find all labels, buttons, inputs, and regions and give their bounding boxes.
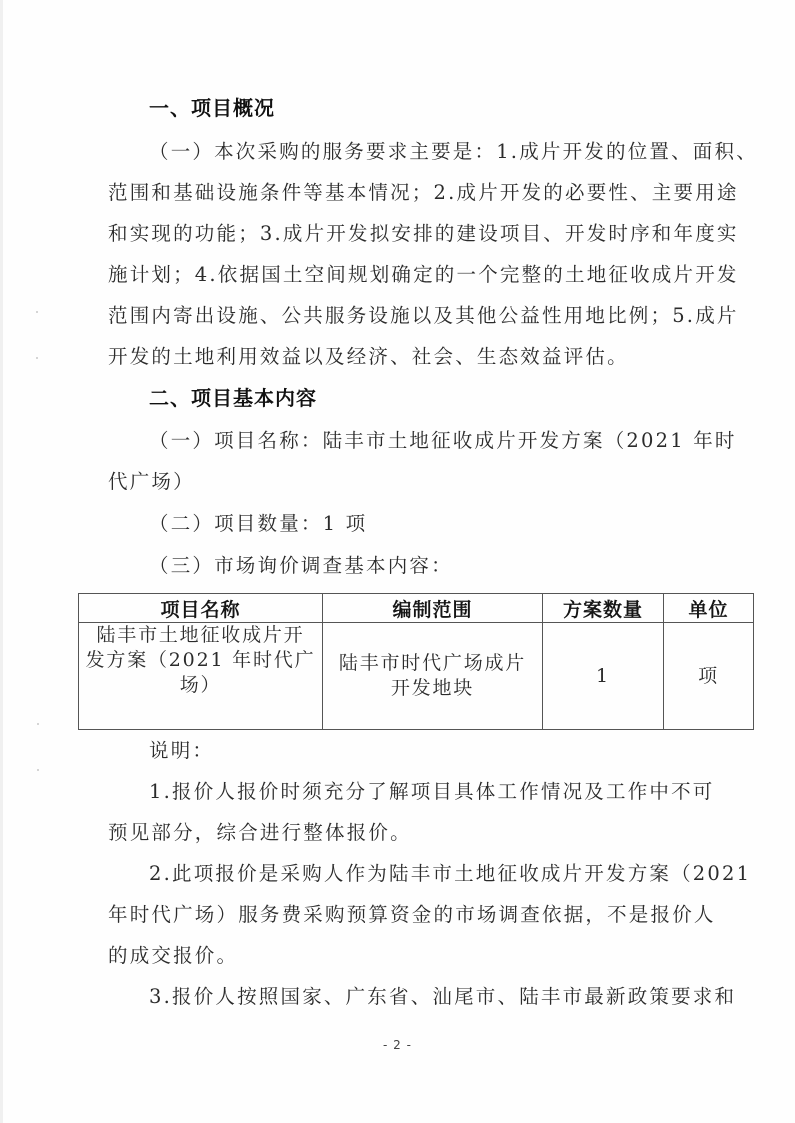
document-page: 一、项目概况 （一）本次采购的服务要求主要是：1.成片开发的位置、面积、 范围和…	[0, 0, 795, 1123]
table-row: 陆丰市土地征收成片开 发方案（2021 年时代广 场） 陆丰市时代广场成片 开发…	[79, 623, 754, 730]
scan-speck	[36, 311, 38, 313]
scan-speck	[37, 769, 39, 771]
section-2-heading: 二、项目基本内容	[149, 386, 317, 410]
cell-line: 场）	[79, 673, 322, 698]
project-name-line: （一）项目名称：陆丰市土地征收成片开发方案（2021 年时	[149, 429, 737, 453]
note-2-line: 年时代广场）服务费采购预算资金的市场调查依据，不是报价人	[108, 903, 716, 927]
cell-line: 陆丰市土地征收成片开	[79, 623, 322, 648]
header-scope: 编制范围	[323, 594, 543, 623]
cell-line: 发方案（2021 年时代广	[79, 648, 322, 673]
section-1-heading: 一、项目概况	[149, 96, 275, 120]
section-1-line: 开发的土地利用效益以及经济、社会、生态效益评估。	[108, 345, 629, 369]
section-1-line: 范围和基础设施条件等基本情况；2.成片开发的必要性、主要用途	[108, 181, 739, 205]
cell-line: 开发地块	[323, 676, 542, 701]
cell-scope: 陆丰市时代广场成片 开发地块	[323, 623, 543, 730]
note-3-line: 3.报价人按照国家、广东省、汕尾市、陆丰市最新政策要求和	[149, 985, 736, 1009]
note-2-line: 2.此项报价是采购人作为陆丰市土地征收成片开发方案（2021	[149, 862, 751, 886]
scan-speck	[37, 723, 39, 725]
cell-quantity: 1	[543, 623, 664, 730]
project-name-line: 代广场）	[108, 470, 195, 494]
scan-speck	[36, 357, 38, 359]
scan-edge	[0, 0, 3, 1123]
page-number: - 2 -	[0, 1038, 795, 1052]
survey-table: 项目名称 编制范围 方案数量 单位 陆丰市土地征收成片开 发方案（2021 年时…	[78, 593, 754, 730]
section-1-line: 范围内寄出设施、公共服务设施以及其他公益性用地比例；5.成片	[108, 304, 739, 328]
header-unit: 单位	[664, 594, 754, 623]
notes-title: 说明：	[149, 739, 214, 763]
note-1-line: 预见部分，综合进行整体报价。	[108, 821, 412, 845]
market-survey-line: （三）市场询价调查基本内容：	[149, 554, 453, 578]
section-1-line: （一）本次采购的服务要求主要是：1.成片开发的位置、面积、	[149, 140, 758, 164]
section-1-line: 和实现的功能；3.成片开发拟安排的建设项目、开发时序和年度实	[108, 222, 739, 246]
cell-project-name: 陆丰市土地征收成片开 发方案（2021 年时代广 场）	[79, 623, 323, 730]
table-header-row: 项目名称 编制范围 方案数量 单位	[79, 594, 754, 623]
cell-line: 陆丰市时代广场成片	[323, 651, 542, 676]
header-project-name: 项目名称	[79, 594, 323, 623]
note-2-line: 的成交报价。	[108, 944, 238, 968]
cell-unit: 项	[664, 623, 754, 730]
note-1-line: 1.报价人报价时须充分了解项目具体工作情况及工作中不可	[149, 780, 715, 804]
project-quantity-line: （二）项目数量：1 项	[149, 512, 367, 536]
header-quantity: 方案数量	[543, 594, 664, 623]
section-1-line: 施计划；4.依据国土空间规划确定的一个完整的土地征收成片开发	[108, 263, 739, 287]
